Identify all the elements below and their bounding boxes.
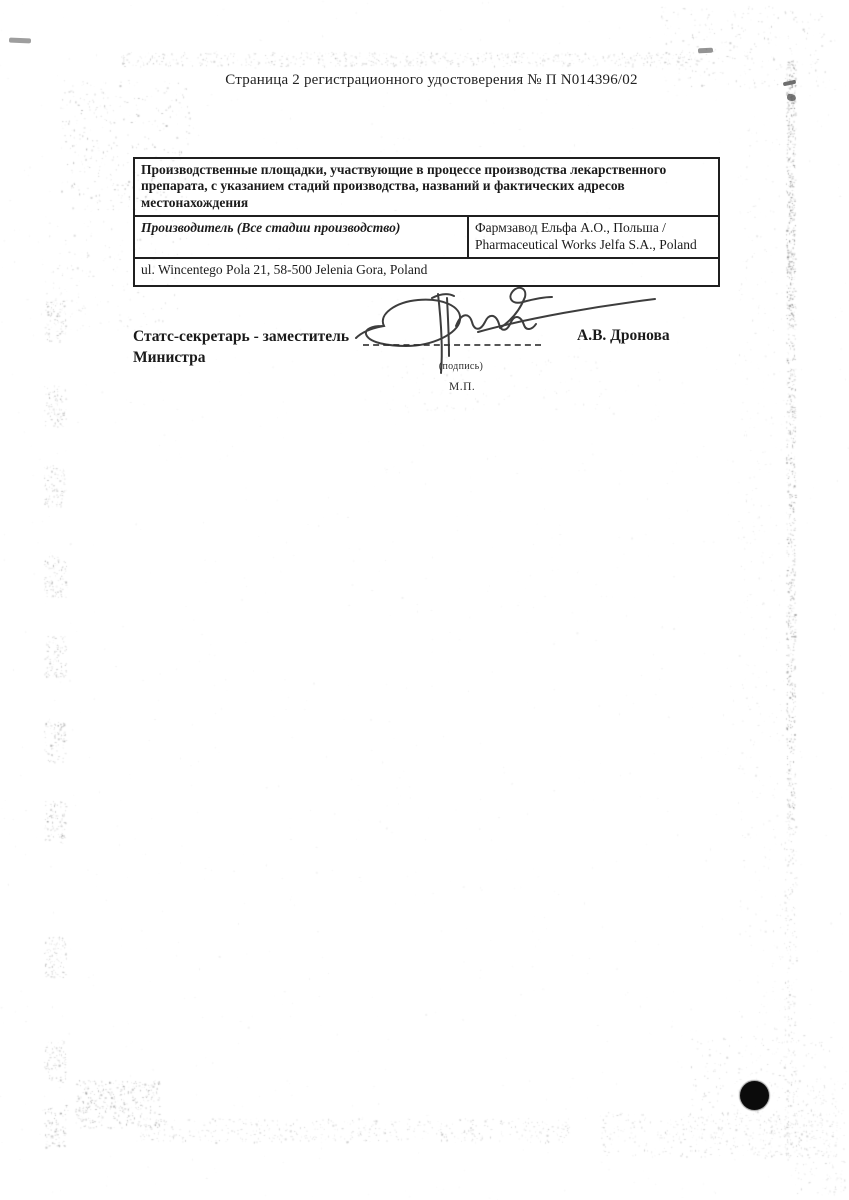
scan-smudge-mark	[698, 48, 713, 54]
signature-caption: (подпись)	[425, 361, 497, 372]
page-header-line: Страница 2 регистрационного удостоверени…	[14, 72, 849, 89]
signatory-name: А.В. Дронова	[577, 327, 670, 345]
hole-punch-dot	[740, 1081, 769, 1110]
table-title-cell: Производственные площадки, участвующие в…	[134, 158, 719, 216]
signatory-title: Статс-секретарь - заместитель Министра	[133, 326, 375, 369]
table-row: Производитель (Все стадии производство) …	[134, 216, 719, 258]
seal-mark-label: М.П.	[449, 381, 475, 393]
table-row: Производственные площадки, участвующие в…	[134, 158, 719, 216]
scan-smudge-mark	[787, 93, 797, 101]
producer-value-cell: Фармзавод Ельфа А.О., Польша / Pharmaceu…	[468, 216, 719, 258]
signature-underline	[363, 344, 541, 346]
scan-smudge-mark	[9, 38, 31, 44]
page-content: Страница 2 регистрационного удостоверени…	[0, 0, 849, 1200]
production-sites-table: Производственные площадки, участвующие в…	[133, 157, 720, 287]
producer-label-cell: Производитель (Все стадии производство)	[134, 216, 468, 258]
scanned-document-page: Страница 2 регистрационного удостоверени…	[0, 0, 849, 1200]
